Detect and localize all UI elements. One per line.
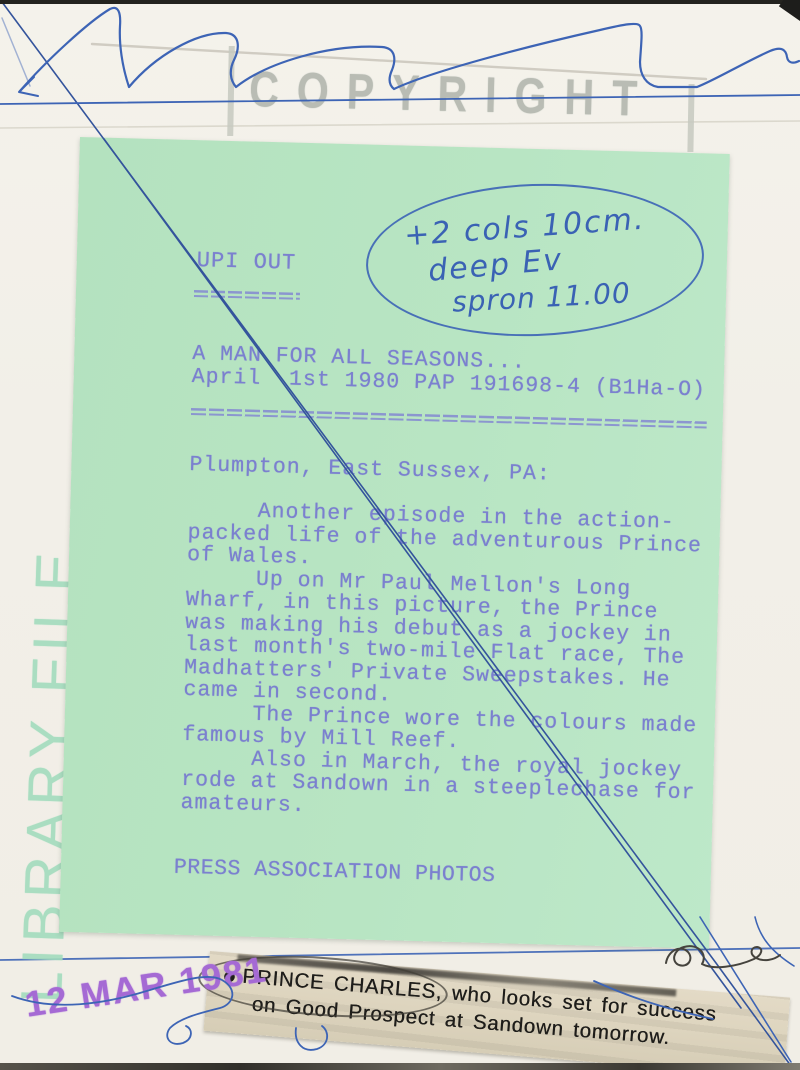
charcoal-squiggle bbox=[666, 946, 780, 967]
headline-text: A MAN FOR ALL SEASONS... April 1st 1980 … bbox=[191, 343, 706, 402]
pen-right-short-curve bbox=[755, 917, 794, 966]
copyright-stamp-right-bar bbox=[687, 84, 694, 152]
agency-credit-text: PRESS ASSOCIATION PHOTOS bbox=[174, 856, 496, 888]
photo-corner-edge bbox=[779, 0, 800, 21]
slug-underline bbox=[194, 290, 300, 300]
photo-bottom-edge bbox=[0, 1063, 800, 1070]
pen-bottom-horizontal-line bbox=[0, 948, 800, 960]
copyright-stamp: COPYRIGHT bbox=[249, 60, 656, 128]
slug-text: UPI OUT bbox=[196, 248, 296, 276]
headline-underline bbox=[191, 408, 707, 429]
caption-body-text: Plumpton, East Sussex, PA: Another episo… bbox=[180, 454, 704, 827]
pen-faint-diagonal bbox=[2, 18, 30, 86]
scan-crease-line bbox=[0, 121, 800, 128]
pen-arrowhead bbox=[19, 77, 38, 96]
press-photo-caption-scan: LIBRARY FILE UPI OUT A MAN FOR ALL SEASO… bbox=[0, 0, 800, 1070]
copyright-stamp-left-bar bbox=[227, 46, 235, 136]
photo-top-edge bbox=[0, 0, 800, 4]
